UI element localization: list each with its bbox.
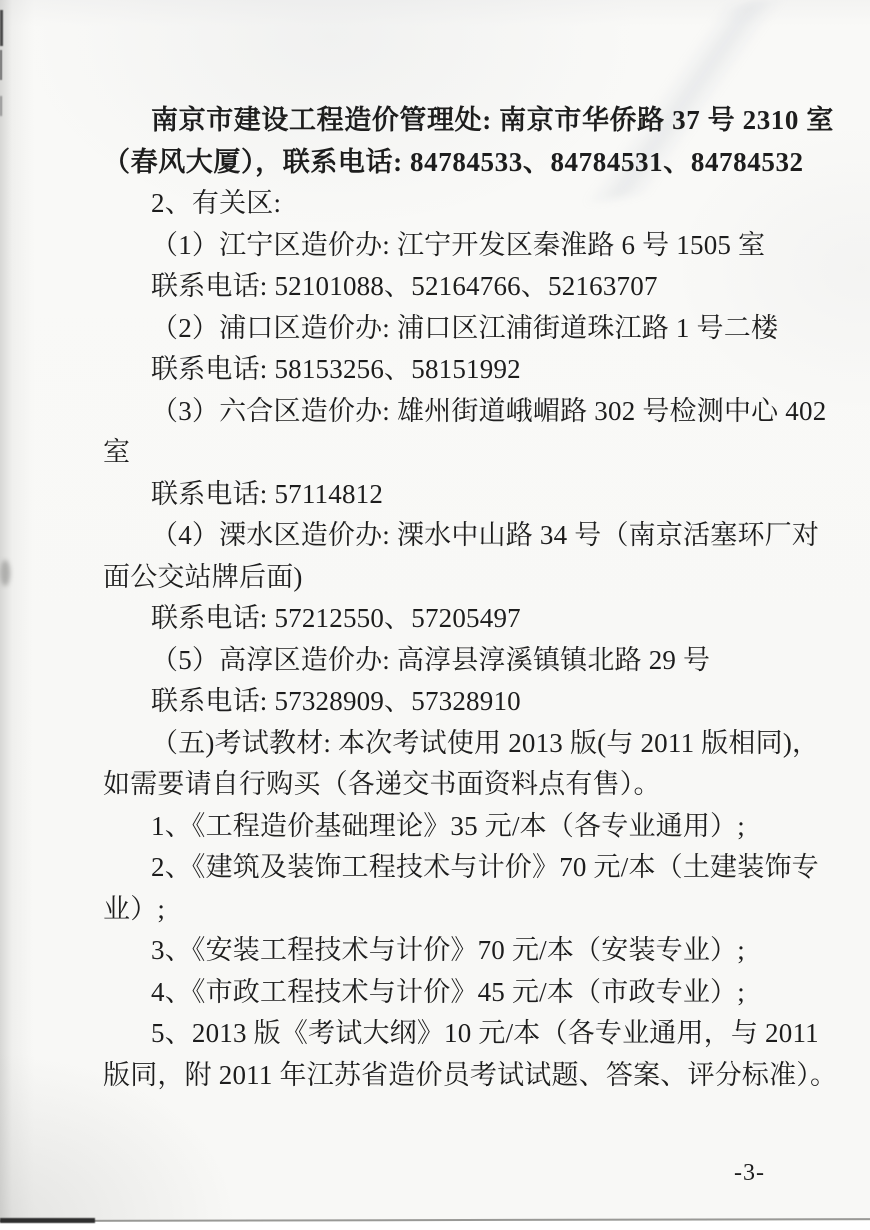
text-line: （5）高淳区造价办: 高淳县淳溪镇镇北路 29 号 (103, 640, 793, 682)
document-body: 南京市建设工程造价管理处: 南京市华侨路 37 号 2310 室（春风大厦），联… (103, 100, 793, 1096)
scanned-page: 南京市建设工程造价管理处: 南京市华侨路 37 号 2310 室（春风大厦），联… (0, 0, 870, 1230)
scanner-edge-line-dark (0, 1218, 95, 1223)
page-number: -3- (734, 1160, 765, 1187)
text-line: 2、有关区: (103, 183, 793, 225)
text-line: （4）溧水区造价办: 溧水中山路 34 号（南京活塞环厂对 (103, 515, 793, 557)
text-line: 业）; (103, 889, 793, 931)
scan-edge-mark (0, 10, 3, 46)
text-line: （1）江宁区造价办: 江宁开发区秦淮路 6 号 1505 室 (103, 225, 793, 267)
text-line: 1、《工程造价基础理论》35 元/本（各专业通用）; (103, 806, 793, 848)
text-line: 3、《安装工程技术与计价》70 元/本（安装专业）; (103, 930, 793, 972)
scan-edge-smudge (0, 560, 10, 586)
text-line: 如需要请自行购买（各递交书面资料点有售）。 (103, 764, 793, 806)
text-line: 联系电话: 57328909、57328910 (103, 681, 793, 723)
scan-edge-mark (0, 96, 2, 116)
text-line: 联系电话: 52101088、52164766、52163707 (103, 266, 793, 308)
text-line: 联系电话: 58153256、58151992 (103, 349, 793, 391)
scanner-edge-line (0, 1218, 870, 1222)
text-line: 室 (103, 432, 793, 474)
text-line: 2、《建筑及装饰工程技术与计价》70 元/本（土建装饰专 (103, 847, 793, 889)
text-line: （春风大厦），联系电话: 84784533、84784531、84784532 (103, 142, 793, 184)
text-line: 版同，附 2011 年江苏省造价员考试试题、答案、评分标准）。 (103, 1055, 793, 1097)
text-line: 联系电话: 57212550、57205497 (103, 598, 793, 640)
text-line: （3）六合区造价办: 雄州街道峨嵋路 302 号检测中心 402 (103, 391, 793, 433)
text-line: （2）浦口区造价办: 浦口区江浦街道珠江路 1 号二楼 (103, 308, 793, 350)
text-line: （五)考试教材: 本次考试使用 2013 版(与 2011 版相同)， (103, 723, 793, 765)
text-line: 5、2013 版《考试大纲》10 元/本（各专业通用，与 2011 (103, 1013, 793, 1055)
text-line: 南京市建设工程造价管理处: 南京市华侨路 37 号 2310 室 (103, 100, 793, 142)
text-line: 联系电话: 57114812 (103, 474, 793, 516)
text-line: 面公交站牌后面) (103, 557, 793, 599)
scan-edge-mark (0, 50, 2, 80)
text-line: 4、《市政工程技术与计价》45 元/本（市政专业）; (103, 972, 793, 1014)
